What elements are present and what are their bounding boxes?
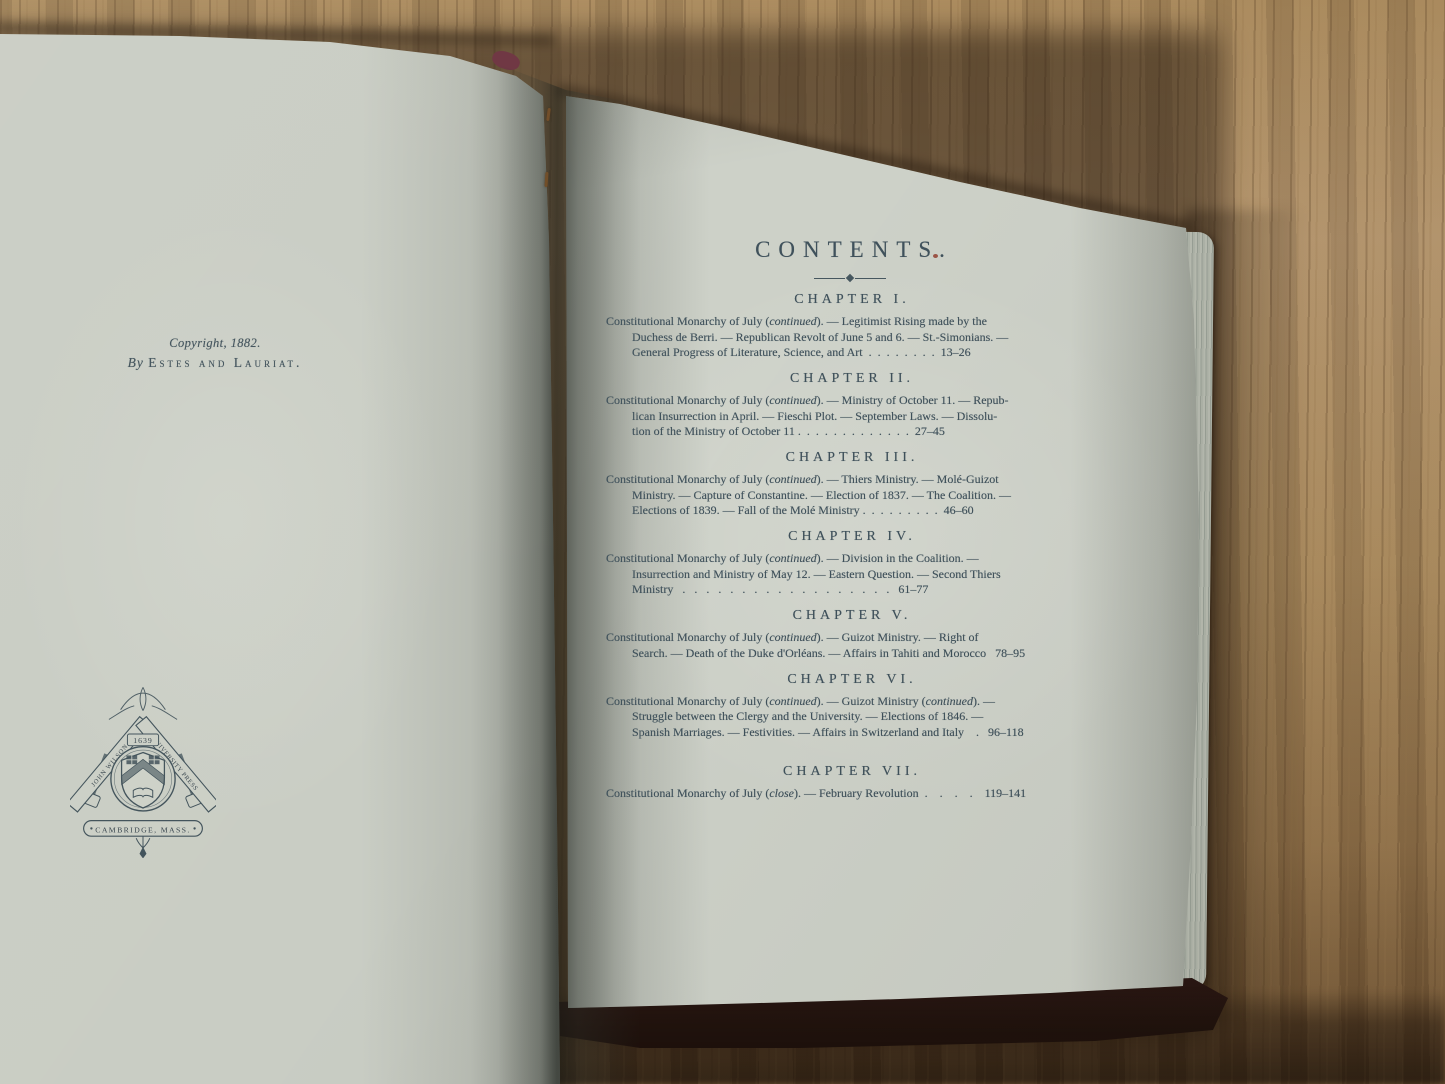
toc-entry-line: Constitutional Monarchy of July (continu… [606, 630, 1094, 645]
publisher-line: By Estes and Lauriat. [80, 355, 350, 371]
chapter-block: CHAPTER VI.Constitutional Monarchy of Ju… [606, 672, 1094, 740]
contents-title: CONTENTS. [606, 238, 1094, 261]
toc-entry-line: Constitutional Monarchy of July (close).… [606, 786, 1094, 801]
contents-block: CONTENTS. CHAPTER I.Constitutional Monar… [606, 238, 1094, 801]
emblem-date: 1639 [127, 734, 158, 746]
chapter-block: CHAPTER V.Constitutional Monarchy of Jul… [606, 608, 1094, 661]
toc-entry-line: Insurrection and Ministry of May 12. — E… [606, 567, 1094, 582]
toc-entry-line: General Progress of Literature, Science,… [606, 345, 1094, 360]
chapter-block: CHAPTER I.Constitutional Monarchy of Jul… [606, 292, 1094, 360]
toc-entry-line: Constitutional Monarchy of July (continu… [606, 694, 1094, 709]
book-photo: { "left_page": { "copyright_line": "Copy… [0, 0, 1445, 1084]
printer-emblem: JOHN WILSON UNIVERSITY PRESS 1639 [70, 684, 216, 858]
svg-text:1639: 1639 [133, 736, 152, 745]
emblem-open-book [133, 788, 152, 797]
rule-bar [855, 278, 886, 279]
emblem-flourish-top [109, 687, 177, 719]
title-rule [814, 275, 886, 281]
chapter-block: CHAPTER IV.Constitutional Monarchy of Ju… [606, 529, 1094, 597]
chapter-block: CHAPTER III.Constitutional Monarchy of J… [606, 450, 1094, 518]
chapters: CHAPTER I.Constitutional Monarchy of Jul… [606, 292, 1094, 801]
toc-entry-line: Struggle between the Clergy and the Univ… [606, 709, 1094, 724]
toc-entry-line: Elections of 1839. — Fall of the Molé Mi… [606, 503, 1094, 518]
chapter-heading: CHAPTER II. [606, 371, 1094, 386]
chapter-heading: CHAPTER VII. [606, 764, 1094, 779]
publisher-name: Estes and Lauriat. [148, 355, 302, 370]
toc-entry-line: Ministry. — Capture of Constantine. — El… [606, 488, 1094, 503]
chapter-heading: CHAPTER V. [606, 608, 1094, 623]
rule-bar [814, 278, 845, 279]
chapter-heading: CHAPTER IV. [606, 529, 1094, 544]
copyright-line: Copyright, 1882. [80, 336, 350, 351]
toc-entry-line: lican Insurrection in April. — Fieschi P… [606, 409, 1094, 424]
toc-entry-line: Ministry . . . . . . . . . . . . . . . .… [606, 582, 1094, 597]
university-press-emblem: JOHN WILSON UNIVERSITY PRESS 1639 [70, 684, 216, 858]
rule-diamond [846, 274, 854, 282]
copyright-block: Copyright, 1882. By Estes and Lauriat. [80, 336, 350, 371]
toc-entry-line: Constitutional Monarchy of July (continu… [606, 314, 1094, 329]
toc-entry-line: Constitutional Monarchy of July (continu… [606, 551, 1094, 566]
chapter-block: CHAPTER II.Constitutional Monarchy of Ju… [606, 371, 1094, 439]
chapter-heading: CHAPTER I. [606, 292, 1094, 307]
chapter-heading: CHAPTER VI. [606, 672, 1094, 687]
toc-entry-line: Duchess de Berri. — Republican Revolt of… [606, 330, 1094, 345]
publisher-by: By [128, 355, 149, 370]
chapter-heading: CHAPTER III. [606, 450, 1094, 465]
toc-entry-line: Constitutional Monarchy of July (continu… [606, 472, 1094, 487]
toc-entry-line: tion of the Ministry of October 11 . . .… [606, 424, 1094, 439]
toc-entry-line: Constitutional Monarchy of July (continu… [606, 393, 1094, 408]
toc-entry-line: Search. — Death of the Duke d'Orléans. —… [606, 646, 1094, 661]
emblem-flourish-bottom [136, 836, 150, 857]
ink-speck [933, 254, 938, 258]
emblem-banner: CAMBRIDGE, MASS. [84, 821, 203, 837]
svg-text:CAMBRIDGE, MASS.: CAMBRIDGE, MASS. [95, 825, 190, 834]
toc-entry-line: Spanish Marriages. — Festivities. — Affa… [606, 725, 1094, 740]
emblem-shield [111, 747, 175, 811]
chapter-block: CHAPTER VII.Constitutional Monarchy of J… [606, 764, 1094, 802]
